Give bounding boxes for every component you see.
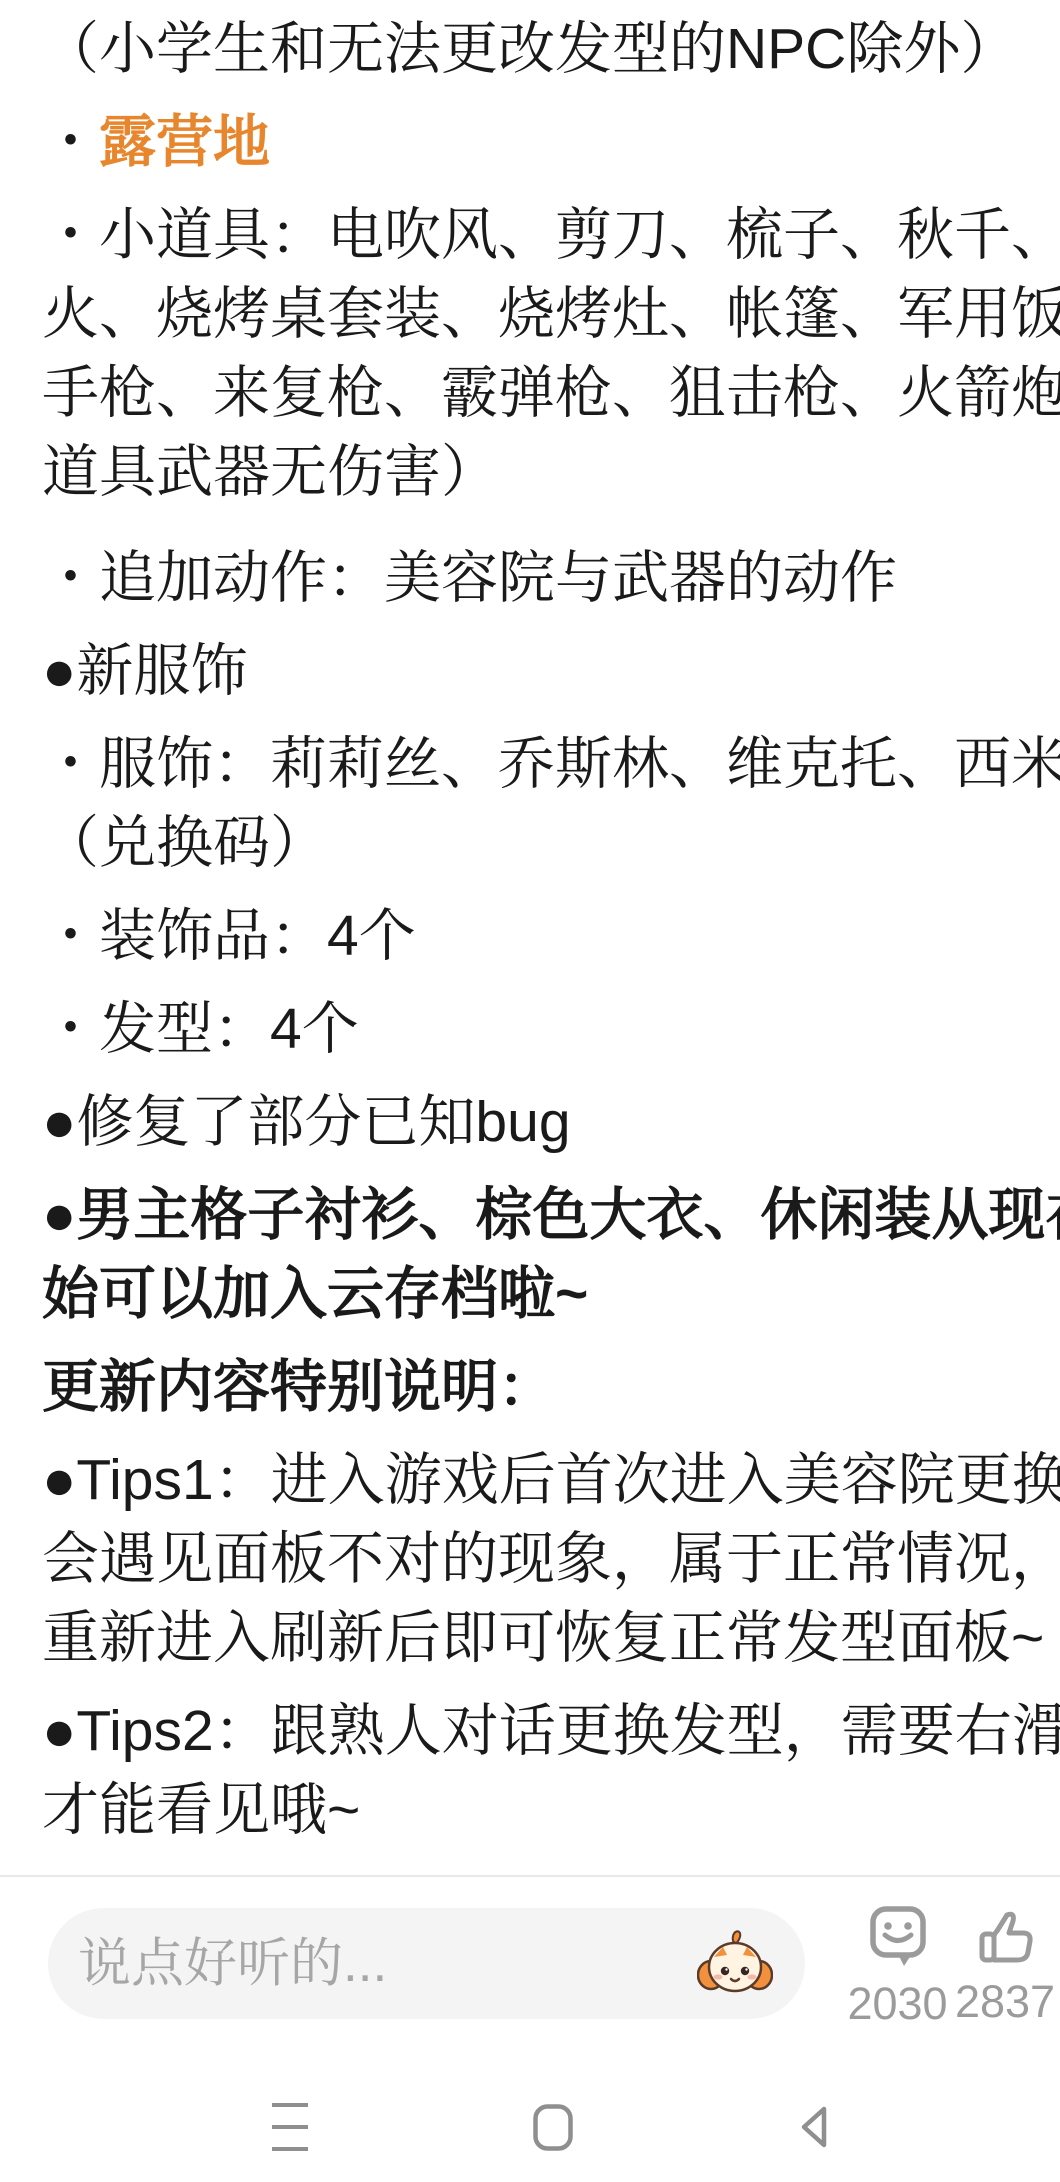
text-line: 道具武器无伤害） [42,433,1018,512]
text-segment: ・小道具：电吹风、剪刀、梳子、秋千、篝 [42,203,1060,267]
text-line: 始可以加入云存档啦~ [42,1255,1018,1334]
text-segment: 火、烧烤桌套装、烧烤灶、帐篷、军用饭盒、 [42,282,1060,346]
paragraph: ●修复了部分已知bug [42,1083,1018,1162]
orange-chibi-avatar-icon [697,1925,773,2001]
text-segment: ●Tips2：跟熟人对话更换发型，需要右滑一下 [42,1699,1060,1763]
text-line: ●新服饰 [42,632,1018,711]
recents-icon [272,2102,308,2152]
text-line: 重新进入刷新后即可恢复正常发型面板~ [42,1599,1018,1678]
text-segment: 露营地 [99,110,270,174]
comment-input[interactable] [48,1908,805,2019]
text-line: （兑换码） [42,804,1018,883]
text-line: 才能看见哦~ [42,1771,1018,1850]
text-segment: 重新进入刷新后即可恢复正常发型面板~ [42,1606,1044,1670]
text-segment: 会遇见面板不对的现象，属于正常情况，退出 [42,1527,1060,1591]
paragraph: ・追加动作：美容院与武器的动作 [42,539,1018,618]
paragraph: ●男主格子衬衫、棕色大衣、休闲装从现在开始可以加入云存档啦~ [42,1176,1018,1334]
back-icon [793,2103,833,2151]
text-line: 会遇见面板不对的现象，属于正常情况，退出 [42,1520,1018,1599]
paragraph: ●Tips1：进入游戏后首次进入美容院更换发型会遇见面板不对的现象，属于正常情况… [42,1441,1018,1678]
nav-home-button[interactable] [533,2104,573,2156]
text-line: ・服饰：莉莉丝、乔斯林、维克托、西米尔 [42,725,1018,804]
divider [0,1875,1060,1877]
text-line: ・小道具：电吹风、剪刀、梳子、秋千、篝 [42,196,1018,275]
text-line: 更新内容特别说明： [42,1348,1018,1427]
comment-icon [869,1905,927,1969]
text-line: ●Tips2：跟熟人对话更换发型，需要右滑一下 [42,1692,1018,1771]
screen: { "colors":{ "accent_orange":"#e8862d", … [0,0,1060,2182]
like-icon [975,1905,1035,1967]
paragraph: （小学生和无法更改发型的NPC除外） [42,10,1018,89]
comment-count: 2030 [840,1980,955,2028]
like-stat[interactable]: 2837 [949,1905,1060,2026]
update-notes: （小学生和无法更改发型的NPC除外）・露营地・小道具：电吹风、剪刀、梳子、秋千、… [0,0,1060,1864]
nav-recents-button[interactable] [272,2102,308,2157]
text-segment: ・服饰：莉莉丝、乔斯林、维克托、西米尔 [42,732,1060,796]
text-segment: 道具武器无伤害） [42,440,498,504]
text-segment: ●新服饰 [42,639,247,703]
text-segment: ・ [42,110,99,174]
text-segment: ●修复了部分已知bug [42,1090,571,1154]
text-segment: （兑换码） [42,811,327,875]
paragraph: ・小道具：电吹风、剪刀、梳子、秋千、篝火、烧烤桌套装、烧烤灶、帐篷、军用饭盒、手… [42,196,1018,512]
text-line: ・露营地 [42,103,1018,182]
text-line: ●修复了部分已知bug [42,1083,1018,1162]
home-icon [533,2104,573,2151]
text-segment: ●Tips1：进入游戏后首次进入美容院更换发型 [42,1448,1060,1512]
text-line: ●男主格子衬衫、棕色大衣、休闲装从现在开 [42,1176,1018,1255]
comment-stat[interactable]: 2030 [840,1905,955,2028]
text-segment: ●男主格子衬衫、棕色大衣、休闲装从现在开 [42,1183,1060,1247]
text-segment: ・装饰品：4个 [42,904,416,968]
paragraph: ●Tips2：跟熟人对话更换发型，需要右滑一下才能看见哦~ [42,1692,1018,1850]
text-segment: 手枪、来复枪、霰弹枪、狙击枪、火箭炮（小 [42,361,1060,425]
text-segment: 始可以加入云存档啦~ [42,1262,588,1326]
text-line: ・装饰品：4个 [42,897,1018,976]
text-segment: （小学生和无法更改发型的NPC除外） [42,17,1017,81]
paragraph: 更新内容特别说明： [42,1348,1018,1427]
paragraph: ・服饰：莉莉丝、乔斯林、维克托、西米尔（兑换码） [42,725,1018,883]
text-line: ・发型：4个 [42,990,1018,1069]
text-line: ●Tips1：进入游戏后首次进入美容院更换发型 [42,1441,1018,1520]
text-segment: 才能看见哦~ [42,1778,360,1842]
paragraph: ・发型：4个 [42,990,1018,1069]
text-segment: ・发型：4个 [42,997,359,1061]
text-segment: ・追加动作：美容院与武器的动作 [42,546,897,610]
text-line: ・追加动作：美容院与武器的动作 [42,539,1018,618]
text-line: （小学生和无法更改发型的NPC除外） [42,10,1018,89]
like-count: 2837 [949,1978,1060,2026]
paragraph: ●新服饰 [42,632,1018,711]
text-line: 火、烧烤桌套装、烧烤灶、帐篷、军用饭盒、 [42,275,1018,354]
text-segment: 更新内容特别说明： [42,1355,555,1419]
nav-back-button[interactable] [793,2103,833,2156]
paragraph: ・露营地 [42,103,1018,182]
paragraph: ・装饰品：4个 [42,897,1018,976]
text-line: 手枪、来复枪、霰弹枪、狙击枪、火箭炮（小 [42,354,1018,433]
avatar[interactable] [697,1925,773,2001]
